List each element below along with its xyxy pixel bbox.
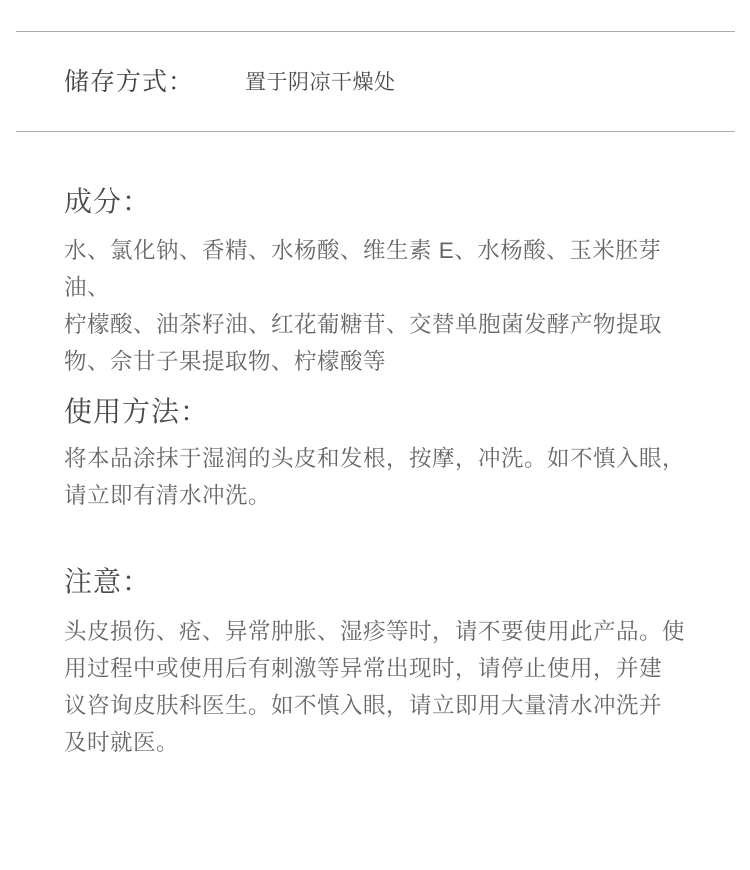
usage-text: 将本品涂抹于湿润的头皮和发根，按摩，冲洗。如不慎入眼， 请立即有清水冲洗。: [64, 440, 704, 514]
storage-method-label: 储存方式：: [64, 62, 194, 98]
storage-method-value: 置于阴凉干燥处: [245, 66, 396, 96]
ingredients-section-title: 成分：: [64, 180, 151, 220]
product-detail-page: 储存方式： 置于阴凉干燥处 成分： 水、氯化钠、香精、水杨酸、维生素 E、水杨酸…: [0, 0, 750, 870]
caution-section-title: 注意：: [64, 560, 151, 600]
caution-text: 头皮损伤、疮、异常肿胀、湿疹等时，请不要使用此产品。使 用过程中或使用后有刺激等…: [64, 613, 704, 761]
usage-section-title: 使用方法：: [64, 390, 209, 430]
ingredients-text: 水、氯化钠、香精、水杨酸、维生素 E、水杨酸、玉米胚芽油、 柠檬酸、油茶籽油、红…: [64, 232, 704, 380]
storage-row-divider: [16, 131, 735, 132]
top-divider: [16, 31, 735, 32]
